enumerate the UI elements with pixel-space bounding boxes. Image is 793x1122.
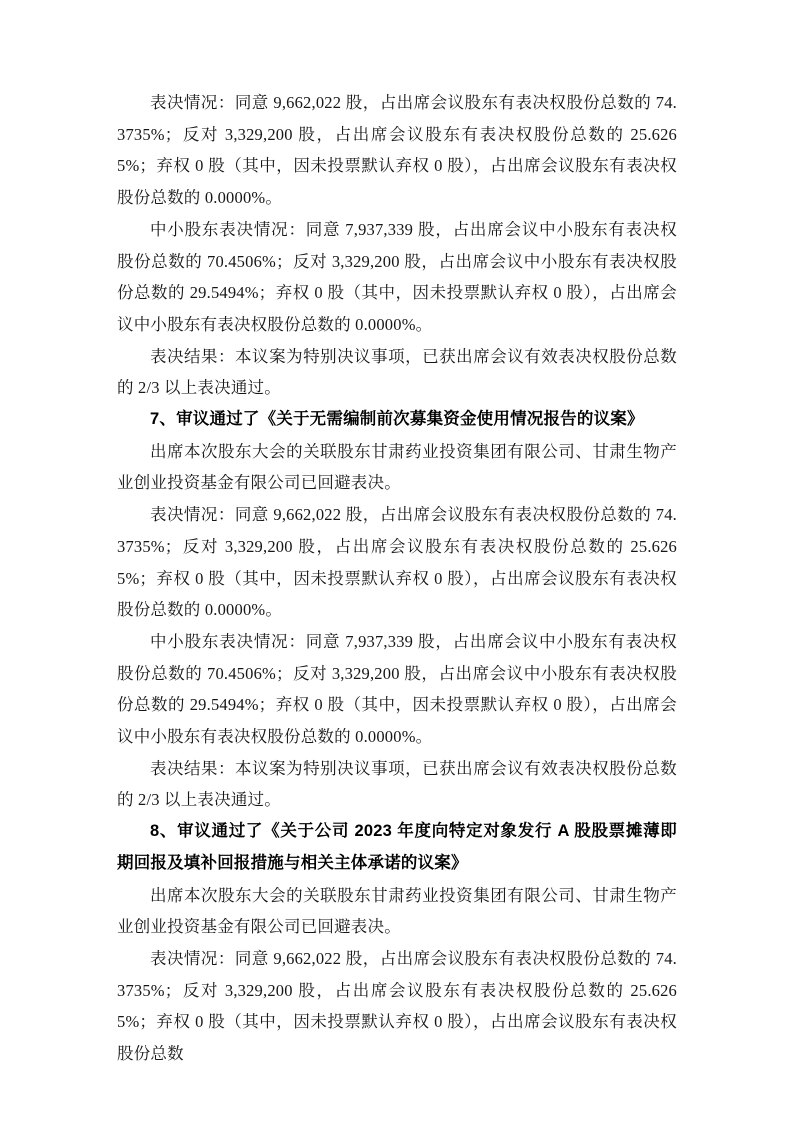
vote-result-paragraph: 表决结果：本议案为特别决议事项，已获出席会议有效表决权股份总数的 2/3 以上表…: [117, 341, 677, 404]
related-shareholder-abstain-paragraph: 出席本次股东大会的关联股东甘肃药业投资集团有限公司、甘肃生物产业创业投资基金有限…: [117, 880, 677, 943]
vote-detail-paragraph: 表决情况：同意 9,662,022 股，占出席会议股东有表决权股份总数的 74.…: [117, 499, 677, 626]
item-8-heading: 8、审议通过了《关于公司 2023 年度向特定对象发行 A 股股票摊薄即期回报及…: [117, 816, 677, 879]
minority-vote-detail-paragraph: 中小股东表决情况：同意 7,937,339 股，占出席会议中小股东有表决权股份总…: [117, 626, 677, 753]
minority-vote-detail-paragraph: 中小股东表决情况：同意 7,937,339 股，占出席会议中小股东有表决权股份总…: [117, 214, 677, 341]
document-page: 表决情况：同意 9,662,022 股，占出席会议股东有表决权股份总数的 74.…: [0, 0, 793, 1122]
vote-detail-paragraph: 表决情况：同意 9,662,022 股，占出席会议股东有表决权股份总数的 74.…: [117, 87, 677, 214]
item-7-heading: 7、审议通过了《关于无需编制前次募集资金使用情况报告的议案》: [117, 404, 677, 436]
vote-detail-paragraph-truncated: 表决情况：同意 9,662,022 股，占出席会议股东有表决权股份总数的 74.…: [117, 943, 677, 1070]
related-shareholder-abstain-paragraph: 出席本次股东大会的关联股东甘肃药业投资集团有限公司、甘肃生物产业创业投资基金有限…: [117, 436, 677, 499]
vote-result-paragraph: 表决结果：本议案为特别决议事项，已获出席会议有效表决权股份总数的 2/3 以上表…: [117, 753, 677, 816]
